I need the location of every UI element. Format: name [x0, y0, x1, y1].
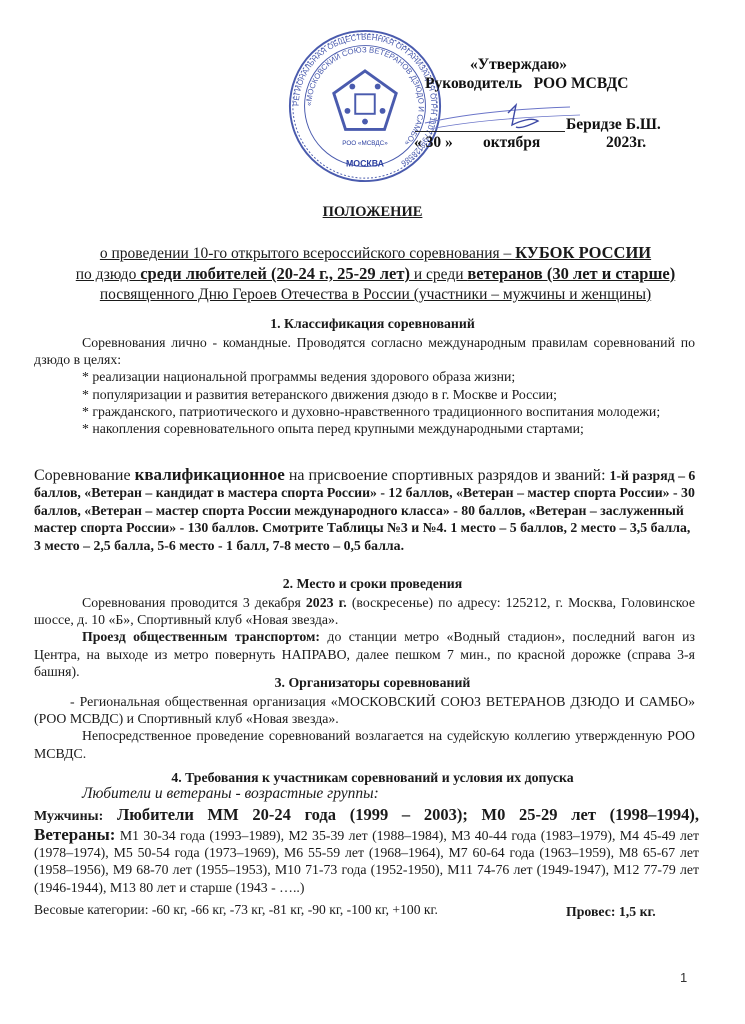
approval-day: « 30 »	[414, 134, 453, 152]
goal-item: * популяризации и развития ветеранского …	[34, 386, 695, 403]
age-groups-title: Любители и ветераны - возрастные группы:	[82, 785, 379, 803]
qualification-paragraph: Соревнование квалификационное на присвое…	[34, 466, 699, 554]
document-title: ПОЛОЖЕНИЕ	[0, 204, 745, 221]
section-1-intro: Соревнования лично - командные. Проводят…	[34, 334, 695, 368]
goal-item: * гражданского, патриотического и духовн…	[34, 403, 695, 420]
approval-month: октября	[483, 134, 540, 152]
transport-paragraph: Проезд общественным транспортом: до стан…	[34, 628, 695, 680]
judges-paragraph: Непосредственное проведение соревнований…	[34, 727, 695, 761]
document-page: РЕГИОНАЛЬНАЯ ОБЩЕСТВЕННАЯ ОРГАНИЗАЦИЯ ОГ…	[0, 0, 745, 1024]
section-4-heading: 4. Требования к участникам соревнований …	[0, 770, 745, 786]
section-1-body: Соревнования лично - командные. Проводят…	[34, 334, 695, 437]
svg-text:РОО «МСВДС»: РОО «МСВДС»	[342, 140, 388, 147]
weight-categories: Весовые категории: -60 кг, -66 кг, -73 к…	[34, 902, 438, 918]
men-amateurs-line: Мужчины: Любители ММ 20-24 года (1999 – …	[34, 805, 699, 825]
section-3-heading: 3. Организаторы соревнований	[0, 675, 745, 691]
section-2-heading: 2. Место и сроки проведения	[0, 576, 745, 592]
approval-year: 2023г.	[606, 134, 646, 152]
section-1-heading: 1. Классификация соревнований	[0, 316, 745, 332]
subtitle-line-2: по дзюдо среди любителей (20-24 г., 25-2…	[48, 264, 703, 285]
subtitle-line-3: посвященного Дню Героев Отечества в Росс…	[48, 285, 703, 305]
document-subtitle: о проведении 10-го открытого всероссийск…	[48, 243, 703, 305]
signer-name: Беридзе Б.Ш.	[566, 116, 661, 134]
svg-text:МОСКВА: МОСКВА	[346, 158, 385, 168]
svg-text:«МОСКОВСКИЙ СОЮЗ ВЕТЕРАНОВ ДЗЮ: «МОСКОВСКИЙ СОЮЗ ВЕТЕРАНОВ ДЗЮДО И САМБО…	[304, 45, 425, 148]
organizers-paragraph: - Региональная общественная организация …	[34, 693, 695, 727]
signature-line	[415, 131, 565, 132]
overweight-allowance: Провес: 1,5 кг.	[566, 904, 656, 920]
page-number: 1	[680, 970, 687, 985]
approve-label: «Утверждаю»	[470, 56, 567, 74]
section-2-body: Соревнования проводится 3 декабря 2023 г…	[34, 594, 695, 680]
veterans-groups: Ветераны: M1 30-34 года (1993–1989), M2 …	[34, 826, 699, 896]
goal-item: * реализации национальной программы веде…	[34, 368, 695, 385]
position-label: Руководитель РОО МСВДС	[425, 75, 628, 93]
subtitle-line-1: о проведении 10-го открытого всероссийск…	[48, 243, 703, 264]
venue-paragraph: Соревнования проводится 3 декабря 2023 г…	[34, 594, 695, 628]
goal-item: * накопления соревновательного опыта пер…	[34, 420, 695, 437]
section-3-body: - Региональная общественная организация …	[34, 693, 695, 762]
